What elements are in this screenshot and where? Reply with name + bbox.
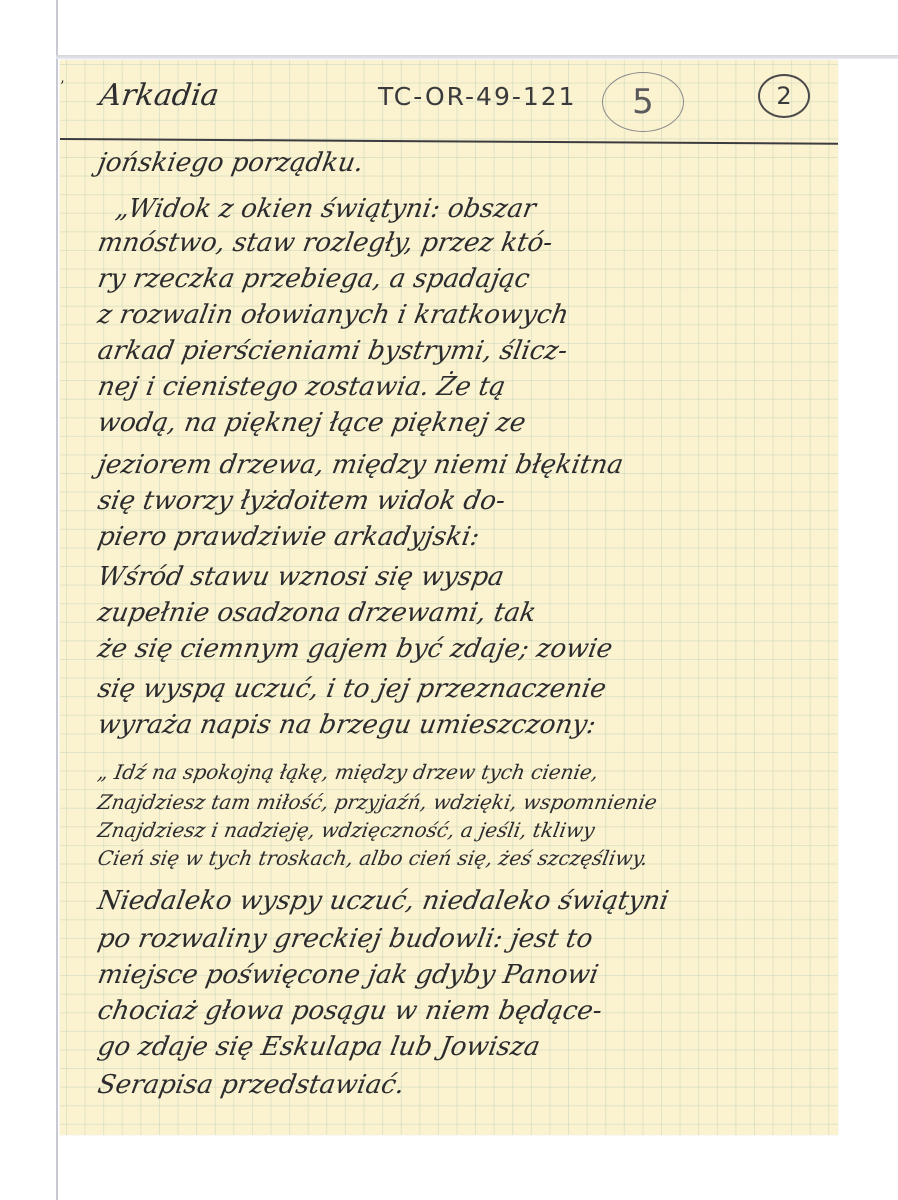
- header-rule: [60, 138, 838, 145]
- text-line: wodą, na pięknej łące pięknej ze: [95, 408, 528, 438]
- inscription-line: Znajdziesz i nadzieję, wdzięczność, a je…: [96, 818, 597, 842]
- text-line: „Widok z okien świątyni: obszar: [113, 194, 538, 224]
- text-line: Niedaleko wyspy uczuć, niedaleko świątyn…: [95, 886, 671, 916]
- margin-mark: ’: [60, 82, 66, 92]
- text-line: chociaż głowa posągu w niem będące-: [95, 996, 604, 1026]
- scan-edge-horizontal: [56, 55, 898, 59]
- text-line: z rozwalin ołowianych i kratkowych: [95, 300, 571, 330]
- inscription-line: Cień się w tych troskach, albo cień się,…: [96, 846, 650, 870]
- text-line: zupełnie osadzona drzewami, tak: [95, 598, 538, 628]
- page-header: ’ Arkadia TC-OR-49-121 5 2: [60, 60, 838, 148]
- text-line: jońskiego porządku.: [95, 148, 365, 178]
- text-line: jeziorem drzewa, między niemi błękitna: [95, 450, 625, 480]
- text-line: ry rzeczka przebiega, a spadając: [95, 264, 532, 294]
- page-title: Arkadia: [98, 78, 222, 113]
- circled-mark: 5: [602, 72, 684, 132]
- text-line: go zdaje się Eskulapa lub Jowisza: [95, 1032, 542, 1062]
- text-line: Wśród stawu wznosi się wyspa: [95, 562, 506, 592]
- text-line: mnóstwo, staw rozległy, przez któ-: [95, 228, 554, 258]
- reference-code: TC-OR-49-121: [378, 82, 577, 111]
- text-line: miejsce poświęcone jak gdyby Panowi: [95, 960, 600, 990]
- text-line: nej i cienistego zostawia. Że tą: [95, 372, 507, 402]
- text-line: wyraża napis na brzegu umieszczony:: [95, 710, 598, 740]
- text-line: piero prawdziwie arkadyjski:: [95, 522, 481, 552]
- text-line: się tworzy łyżdoitem widok do-: [95, 486, 507, 516]
- manuscript-sheet: ’ Arkadia TC-OR-49-121 5 2 jońskiego por…: [60, 60, 838, 1135]
- inscription-line: Znajdziesz tam miłość, przyjaźń, wdzięki…: [96, 790, 659, 814]
- inscription-line: „ Idź na spokojną łąkę, między drzew tyc…: [96, 760, 601, 784]
- text-line: się wyspą uczuć, i to jej przeznaczenie: [95, 674, 608, 704]
- text-line: arkad pierścieniami bystrymi, ślicz-: [95, 336, 569, 366]
- page-number: 2: [758, 74, 810, 118]
- scan-edge-vertical: [56, 0, 58, 1200]
- text-line: po rozwaliny greckiej budowli: jest to: [95, 924, 595, 954]
- text-line: Serapisa przedstawiać.: [95, 1070, 406, 1100]
- text-line: że się ciemnym gajem być zdaje; zowie: [95, 634, 615, 664]
